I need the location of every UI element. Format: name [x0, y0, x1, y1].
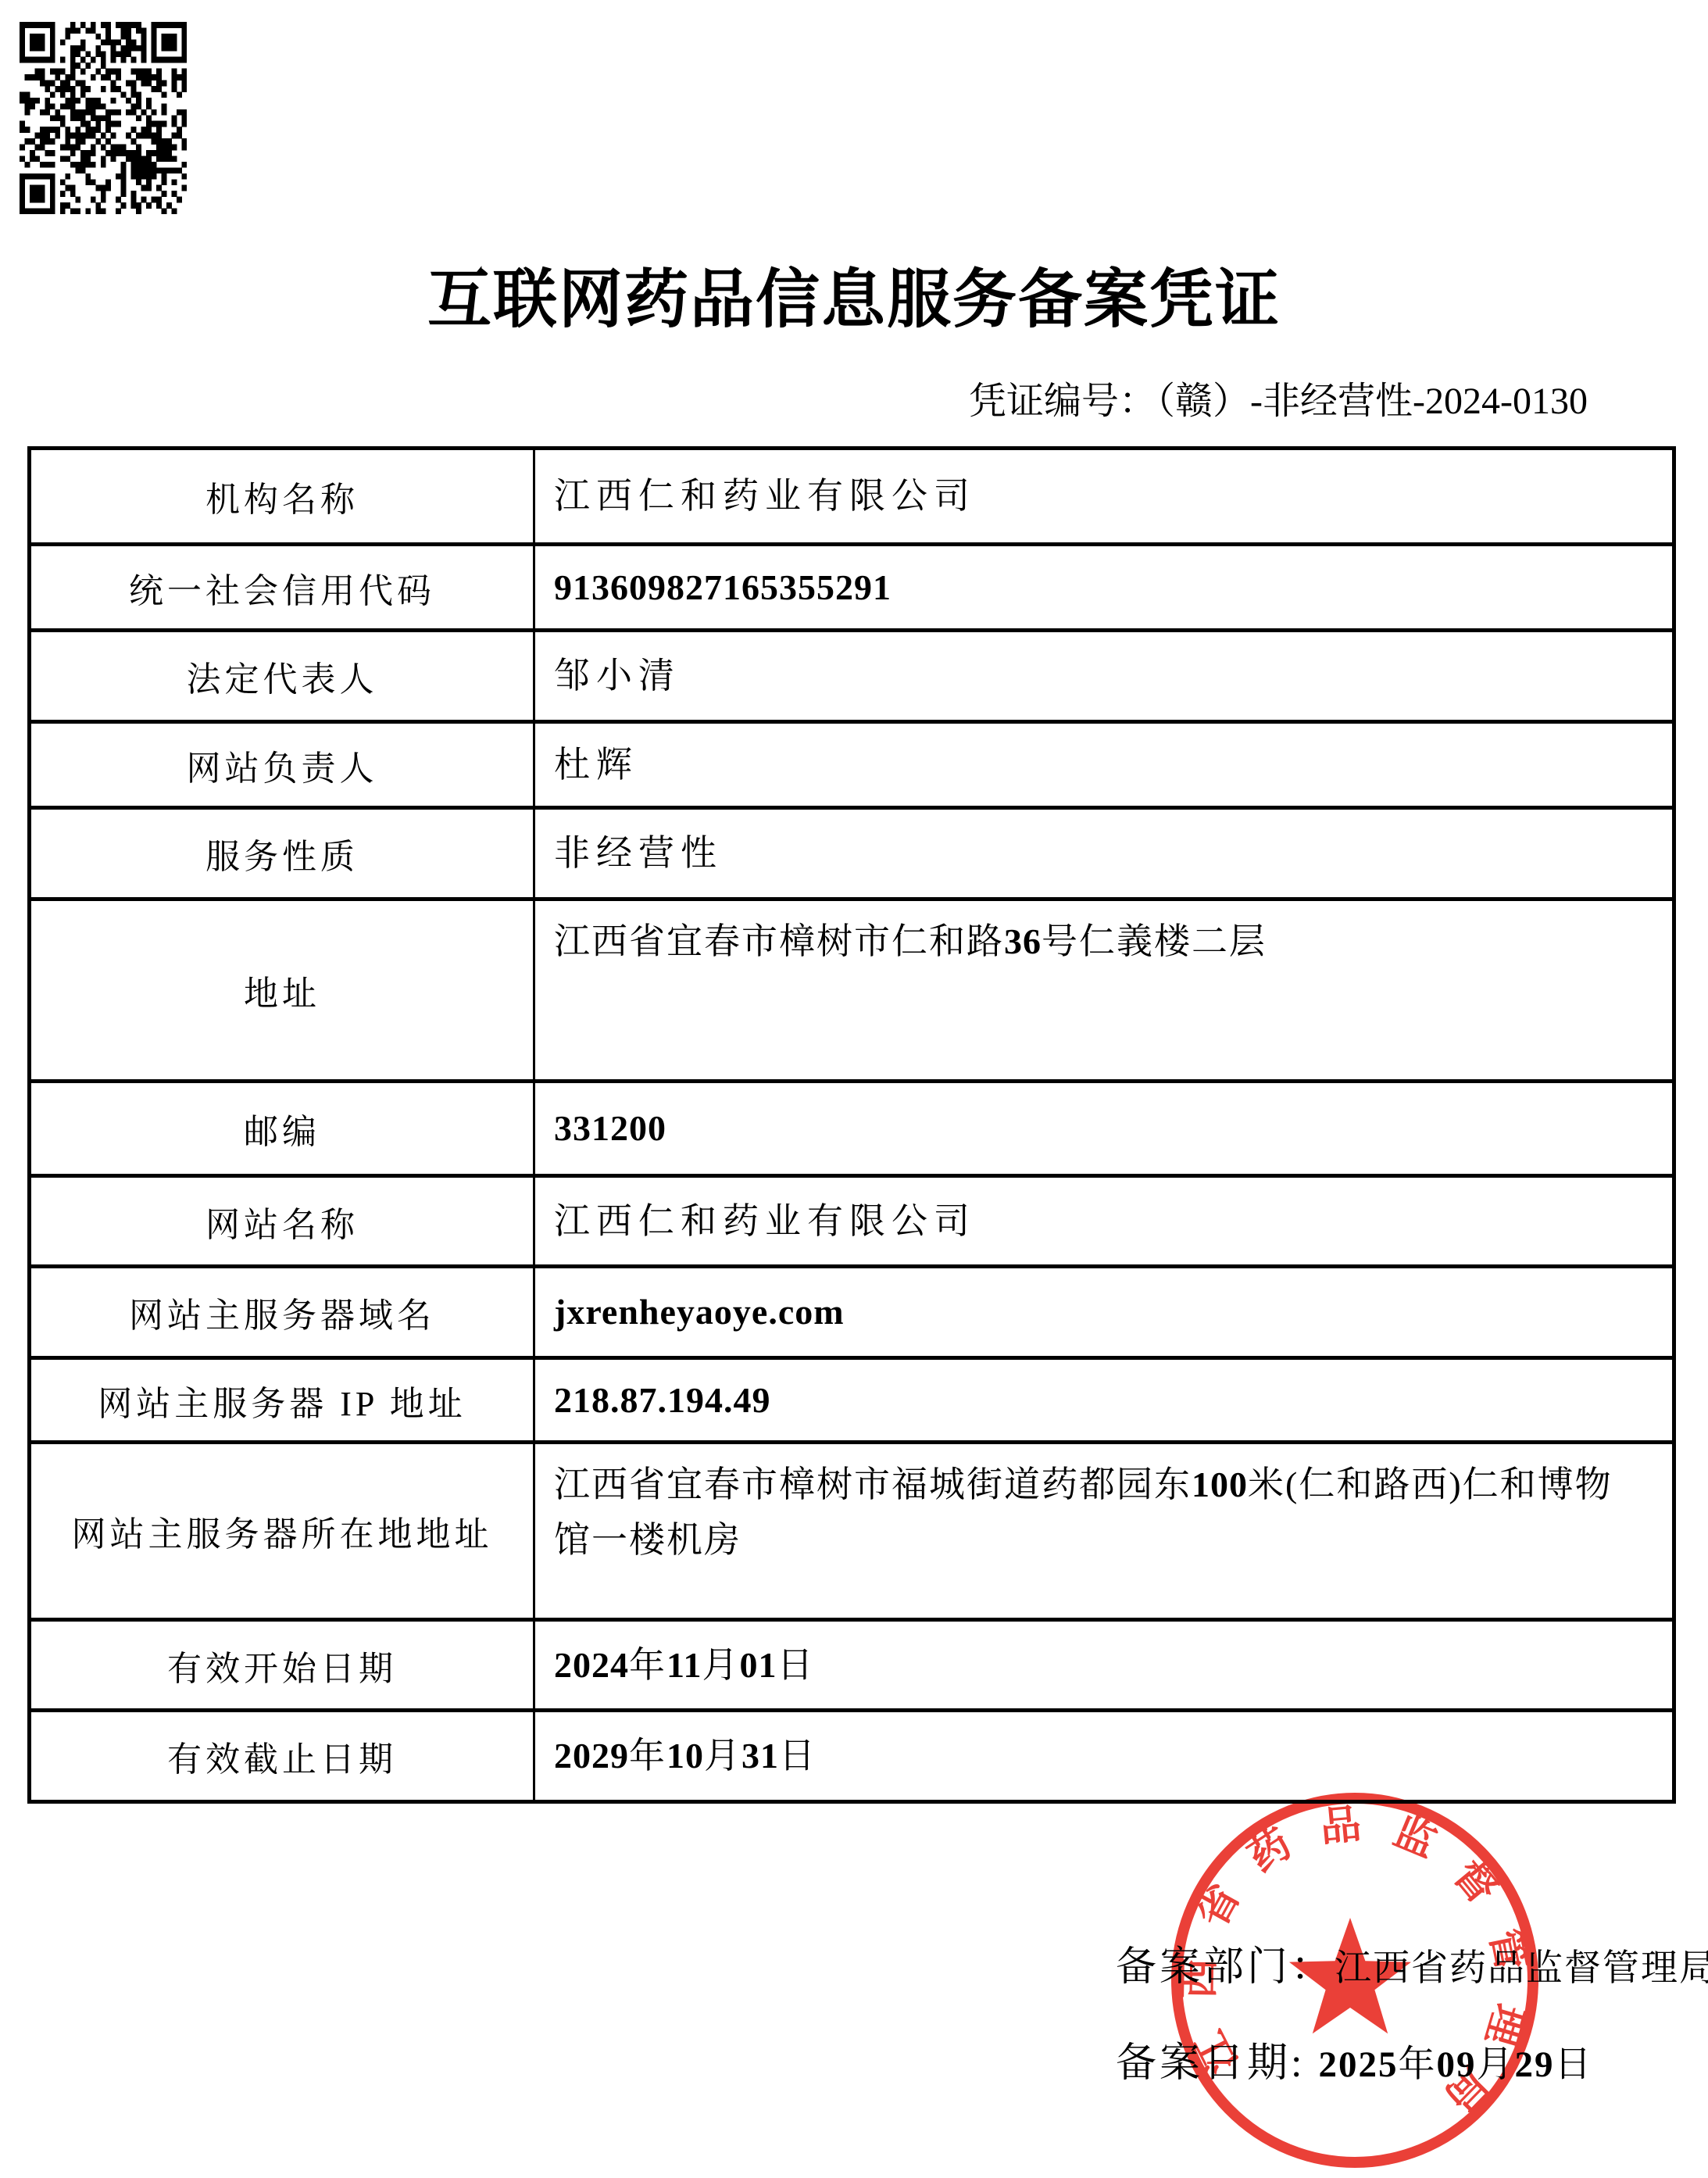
text-segment: 月 [1476, 2044, 1514, 2085]
text-segment: （赣）-非经营性 [1156, 381, 1413, 422]
row-label: 有效开始日期 [31, 1622, 535, 1708]
row-label: 地址 [31, 901, 535, 1079]
row-value-text: 江西省宜春市樟树市福城街道药都园东100米(仁和路西)仁和博物馆一楼机房 [554, 1457, 1649, 1568]
table-row: 机构名称江西仁和药业有限公司 [31, 450, 1672, 546]
bold-text-segment: jxrenheyaoye.com [554, 1292, 845, 1332]
certificate-number-label: 凭证编号： [969, 381, 1156, 422]
row-label: 网站主服务器域名 [31, 1268, 535, 1356]
certificate-info-table: 机构名称江西仁和药业有限公司统一社会信用代码913609827165355291… [27, 446, 1676, 1804]
row-value-text: 2024年11月01日 [554, 1637, 814, 1693]
row-value-text: 江西仁和药业有限公司 [554, 468, 976, 524]
row-value-text: jxrenheyaoye.com [554, 1284, 845, 1339]
text-segment: 江西省宜春市樟树市仁和路 [554, 921, 1004, 961]
text-segment: 年 [1398, 2044, 1436, 2085]
bold-text-segment: 2029 [554, 1736, 629, 1776]
row-value-text: 218.87.194.49 [554, 1372, 771, 1428]
row-value: 331200 [535, 1083, 1672, 1174]
row-label: 法定代表人 [31, 632, 535, 720]
row-value-text: 913609827165355291 [554, 560, 892, 615]
row-value: 江西省宜春市樟树市仁和路36号仁義楼二层 [535, 901, 1672, 1079]
table-row: 网站名称江西仁和药业有限公司 [31, 1178, 1672, 1268]
table-row: 服务性质非经营性 [31, 810, 1672, 901]
row-value-text: 杜辉 [554, 737, 638, 792]
row-label: 有效截止日期 [31, 1712, 535, 1800]
table-row: 网站主服务器 IP 地址218.87.194.49 [31, 1360, 1672, 1444]
row-label: 服务性质 [31, 810, 535, 897]
row-value-text: 江西仁和药业有限公司 [554, 1193, 976, 1249]
filing-department-line: 备案部门：江西省药品监督管理局 [1116, 1933, 1708, 1992]
text-segment: 日 [779, 1736, 816, 1776]
text-segment: 江西省宜春市樟树市福城街道药都园东 [554, 1465, 1192, 1504]
table-row: 邮编331200 [31, 1083, 1672, 1178]
text-segment: 非经营性 [554, 833, 723, 873]
bold-text-segment: 913609827165355291 [554, 567, 892, 607]
row-value: 2029年10月31日 [535, 1712, 1672, 1800]
row-label: 网站主服务器 IP 地址 [31, 1360, 535, 1440]
bold-text-segment: 2024 [554, 1645, 629, 1685]
bold-text-segment: 2025 [1318, 2044, 1398, 2085]
table-row: 有效开始日期2024年11月01日 [31, 1622, 1672, 1712]
row-label: 统一社会信用代码 [31, 546, 535, 628]
row-label: 邮编 [31, 1083, 535, 1174]
filing-date-line: 备案日期: 2025年09月29日 [1116, 2030, 1592, 2088]
row-label: 网站负责人 [31, 724, 535, 806]
row-value: 非经营性 [535, 810, 1672, 897]
row-value: 218.87.194.49 [535, 1360, 1672, 1440]
filing-date-value: 2025年09月29日 [1318, 2044, 1592, 2085]
text-segment: 年 [629, 1645, 666, 1685]
certificate-number-value: （赣）-非经营性-2024-0130 [1156, 381, 1588, 422]
bold-text-segment: 29 [1514, 2044, 1554, 2085]
text-segment: 邹小清 [554, 656, 681, 696]
row-label: 机构名称 [31, 450, 535, 542]
text-segment: 月 [704, 1736, 741, 1776]
row-value: 913609827165355291 [535, 546, 1672, 628]
filing-department-label: 备案部门： [1116, 1945, 1335, 1990]
text-segment: 江西仁和药业有限公司 [554, 1201, 976, 1241]
text-segment: 号仁義楼二层 [1042, 921, 1267, 961]
bold-text-segment: 100 [1192, 1465, 1248, 1504]
bold-text-segment: -2024-0130 [1413, 381, 1588, 422]
row-value: 江西省宜春市樟树市福城街道药都园东100米(仁和路西)仁和博物馆一楼机房 [535, 1444, 1672, 1618]
filing-department-value: 江西省药品监督管理局 [1335, 1948, 1708, 1989]
text-segment: 年 [629, 1736, 666, 1776]
bold-text-segment: 31 [741, 1736, 779, 1776]
text-segment: 日 [777, 1645, 814, 1685]
row-label: 网站主服务器所在地地址 [31, 1444, 535, 1618]
bold-text-segment: 01 [739, 1645, 777, 1685]
row-value: 江西仁和药业有限公司 [535, 450, 1672, 542]
page-title: 互联网药品信息服务备案凭证 [0, 249, 1708, 340]
row-label: 网站名称 [31, 1178, 535, 1264]
row-value-text: 2029年10月31日 [554, 1728, 816, 1783]
qr-code [20, 22, 187, 214]
row-value: 杜辉 [535, 724, 1672, 806]
table-row: 网站主服务器所在地地址江西省宜春市樟树市福城街道药都园东100米(仁和路西)仁和… [31, 1444, 1672, 1622]
text-segment: 日 [1554, 2044, 1592, 2085]
table-row: 网站负责人杜辉 [31, 724, 1672, 810]
filing-certificate-page: 互联网药品信息服务备案凭证 凭证编号：（赣）-非经营性-2024-0130 机构… [0, 0, 1708, 2178]
bold-text-segment: 09 [1436, 2044, 1476, 2085]
row-value-text: 331200 [554, 1100, 666, 1156]
text-segment: 江西仁和药业有限公司 [554, 476, 976, 516]
bold-text-segment: 218.87.194.49 [554, 1380, 771, 1420]
row-value: 江西仁和药业有限公司 [535, 1178, 1672, 1264]
row-value: 邹小清 [535, 632, 1672, 720]
bold-text-segment: 11 [666, 1645, 702, 1685]
table-row: 网站主服务器域名jxrenheyaoye.com [31, 1268, 1672, 1360]
table-row: 地址江西省宜春市樟树市仁和路36号仁義楼二层 [31, 901, 1672, 1083]
row-value-text: 江西省宜春市樟树市仁和路36号仁義楼二层 [554, 914, 1267, 969]
text-segment: 月 [702, 1645, 739, 1685]
row-value: jxrenheyaoye.com [535, 1268, 1672, 1356]
certificate-number-line: 凭证编号：（赣）-非经营性-2024-0130 [969, 370, 1588, 424]
row-value-text: 非经营性 [554, 825, 723, 881]
bold-text-segment: 331200 [554, 1108, 666, 1148]
table-row: 有效截止日期2029年10月31日 [31, 1712, 1672, 1800]
text-segment: 杜辉 [554, 745, 638, 785]
row-value-text: 邹小清 [554, 648, 681, 703]
table-row: 法定代表人邹小清 [31, 632, 1672, 724]
bold-text-segment: 36 [1004, 921, 1042, 961]
bold-text-segment: 10 [666, 1736, 704, 1776]
table-row: 统一社会信用代码913609827165355291 [31, 546, 1672, 632]
filing-date-label: 备案日期: [1116, 2041, 1318, 2086]
row-value: 2024年11月01日 [535, 1622, 1672, 1708]
